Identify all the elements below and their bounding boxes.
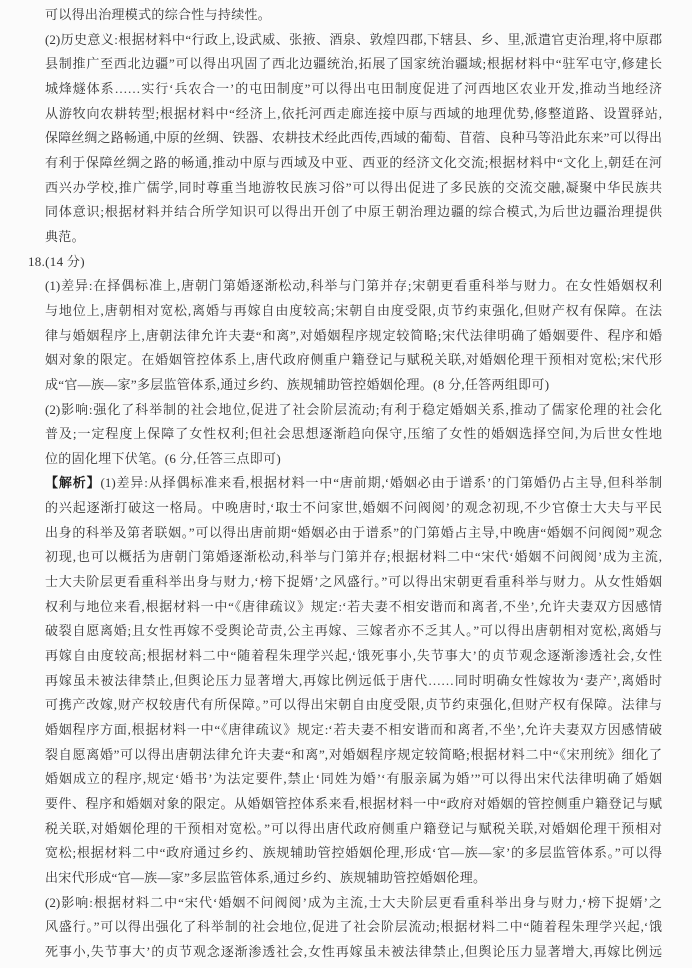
text-line: 【解析】(1)差异:从择偶标准来看,根据材料一中“唐前期,‘婚姻必由于谱系’的门… <box>45 471 662 496</box>
text-line: 再嫁自由度较高;根据材料二中“随着程朱理学兴起,‘饿死事小,失节事大’的贞节观念… <box>45 644 662 669</box>
text-line: 出身的科举及第者联姻。”可以得出唐前期“婚姻必由于谱系”的门第婚占主导,中晚唐“… <box>45 521 662 546</box>
text-line: 18.(14 分) <box>28 250 662 275</box>
text-line: 裂自愿离婚”可以得出唐朝法律允许夫妻“和离”,对婚姻程序规定较简略;根据材料二中… <box>45 743 662 768</box>
line-text: (1)差异:从择偶标准来看,根据材料一中“唐前期,‘婚姻必由于谱系’的门第婚仍占… <box>101 475 663 490</box>
text-line: 死事小,失节事大’的贞节观念逐渐渗透社会,女性再嫁虽未被法律禁止,但舆论压力显著… <box>45 940 662 965</box>
text-line: 破裂自愿离婚;且女性再嫁不受舆论苛责,公主再嫁、三嫁者亦不乏其人。”可以得出唐朝… <box>45 619 662 644</box>
text-line: (2)影响:强化了科举制的社会地位,促进了社会阶层流动;有利于稳定婚姻关系,推动… <box>45 398 662 423</box>
text-line: 风盛行。”可以得出强化了科举制的社会地位,促进了社会阶层流动;根据材料二中“随着… <box>45 915 662 940</box>
text-line: 县制推广至西北边疆”可以得出巩固了西北边疆统治,拓展了国家统治疆域;根据材料中“… <box>45 52 662 77</box>
text-line: 同体意识;根据材料并结合所学知识可以得出开创了中原王朝治理边疆的综合模式,为后世… <box>45 200 662 225</box>
text-line: 律与婚姻程序上,唐朝法律允许夫妻“和离”,对婚姻程序规定较简略;宋代法律明确了婚… <box>45 324 662 349</box>
text-line: 婚姻程序方面,根据材料一中“《唐律疏议》规定:‘若夫妻不相安谐而和离者,不坐’,… <box>45 718 662 743</box>
text-line: 西兴办学校,推广儒学,同时尊重当地游牧民族习俗”可以得出促进了多民族的交流交融,… <box>45 176 662 201</box>
text-line: 有利于保障丝绸之路的畅通,推动中原与西域及中亚、西亚的经济文化交流;根据材料中“… <box>45 151 662 176</box>
text-line: 保障丝绸之路畅通,中原的丝绸、铁器、农耕技术经此西传,西域的葡萄、苜蓿、良种马等… <box>45 126 662 151</box>
text-line: 从游牧向农耕转型;根据材料中“经济上,依托河西走廊连接中原与西域的地理优势,修整… <box>45 102 662 127</box>
text-line: 成“官—族—家”多层监管体系,通过乡约、族规辅助管控婚姻伦理。(8 分,任答两组… <box>45 373 662 398</box>
text-line: 宽松;根据材料二中“政府通过乡约、族规辅助管控婚姻伦理,形成‘官—族—家’的多层… <box>45 841 662 866</box>
text-line: 可以得出治理模式的综合性与持续性。 <box>45 3 662 28</box>
text-line: 税关联,对婚姻伦理的干预相对宽松。”可以得出唐代政府侧重户籍登记与赋税关联,对婚… <box>45 817 662 842</box>
text-line: 可携产改嫁,财产权较唐代有所保障。”可以得出宋朝自由度受限,贞节约束强化,但财产… <box>45 693 662 718</box>
text-line: 权利与地位来看,根据材料一中“《唐律疏议》规定:‘若夫妻不相安谐而和离者,不坐’… <box>45 595 662 620</box>
text-line: 与地位上,唐朝相对宽松,离婚与再嫁自由度较高;宋朝自由度受限,贞节约束强化,但财… <box>45 299 662 324</box>
text-line: 要件、程序和婚姻对象的限定。从婚姻管控体系来看,根据材料一中“政府对婚姻的管控侧… <box>45 792 662 817</box>
text-line: 婚姻成立的程序,规定‘婚书’为法定要件,禁止‘同姓为婚’‘有服亲属为婚’”可以得… <box>45 767 662 792</box>
text-line: 的兴起逐渐打破这一格局。中晚唐时,‘取士不问家世,婚姻不问阀阅’的观念初现,不少… <box>45 496 662 521</box>
text-line: (2)影响:根据材料二中“宋代‘婚姻不问阀阅’成为主流,士大夫阶层更看重科举出身… <box>45 891 662 916</box>
text-line: 士大夫阶层更看重科举出身与财力,‘榜下捉婿’之风盛行。”可以得出宋朝更看重科举与… <box>45 570 662 595</box>
text-line: 城烽燧体系……实行‘兵农合一’的屯田制度”可以得出屯田制度促进了河西地区农业开发… <box>45 77 662 102</box>
document-page: 可以得出治理模式的综合性与持续性。(2)历史意义:根据材料中“行政上,设武威、张… <box>0 0 692 968</box>
text-line: 位的固化埋下伏笔。(6 分,任答三点即可) <box>45 447 662 472</box>
text-line: 再嫁虽未被法律禁止,但舆论压力显著增大,再嫁比例远低于唐代……同时明确女性嫁妆为… <box>45 669 662 694</box>
text-line: 姻对象的限定。在婚姻管控体系上,唐代政府侧重户籍登记与赋税关联,对婚姻伦理干预相… <box>45 348 662 373</box>
text-line: 典范。 <box>45 225 662 250</box>
text-line: 初现,也可以概括为唐朝门第婚逐渐松动,科举与门第并存;根据材料二中“宋代‘婚姻不… <box>45 545 662 570</box>
text-line: 普及;一定程度上保障了女性权利;但社会思想逐渐趋向保守,压缩了女性的婚姻选择空间… <box>45 422 662 447</box>
text-line: (1)差异:在择偶标准上,唐朝门第婚逐渐松动,科举与门第并存;宋朝更看重科举与财… <box>45 274 662 299</box>
text-line: (2)历史意义:根据材料中“行政上,设武威、张掖、酒泉、敦煌四郡,下辖县、乡、里… <box>45 28 662 53</box>
answer-text-block: 可以得出治理模式的综合性与持续性。(2)历史意义:根据材料中“行政上,设武威、张… <box>45 3 662 965</box>
analysis-label: 【解析】 <box>45 475 101 490</box>
text-line: 出宋代形成“官—族—家”多层监管体系,通过乡约、族规辅助管控婚姻伦理。 <box>45 866 662 891</box>
